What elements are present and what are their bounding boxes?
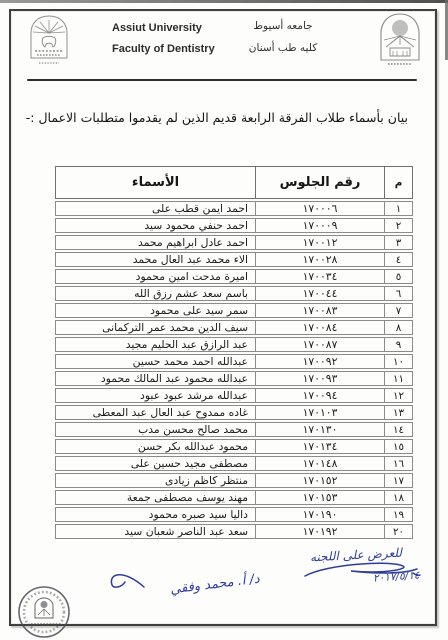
row-serial-number: ٩ bbox=[385, 338, 412, 351]
row-student-name: احمد حنفي محمود سيد bbox=[56, 219, 255, 232]
header-english-block: Assiut University Faculty of Dentistry bbox=[112, 18, 215, 60]
table-row: ٧ ١٧٠٠٨٣ سمر سيد على محمود bbox=[55, 303, 413, 318]
row-serial-number: ١ bbox=[385, 202, 412, 215]
row-serial-number: ٨ bbox=[385, 321, 412, 334]
scanned-document-page: { "document": { "header": { "university_… bbox=[0, 0, 448, 640]
row-serial-number: ١٤ bbox=[385, 423, 412, 436]
table-row: ٢٠ ١٧٠١٩٢ سعد عبد الناصر شعبان سيد bbox=[55, 524, 413, 539]
row-seat-number: ١٧٠٠٤٤ bbox=[255, 287, 385, 300]
row-seat-number: ١٧٠٠٠٦ bbox=[255, 202, 385, 215]
row-seat-number: ١٧٠٠٢٨ bbox=[255, 253, 385, 266]
header-seat-number: رقم الجلوس bbox=[255, 167, 385, 198]
row-student-name: باسم سعد عشم رزق الله bbox=[56, 287, 255, 300]
paper-background: Assiut University Faculty of Dentistry ج… bbox=[0, 0, 448, 640]
row-seat-number: ١٧٠٠٩٢ bbox=[255, 355, 385, 368]
row-seat-number: ١٧٠٠٩٣ bbox=[255, 372, 385, 385]
table-row: ١٦ ١٧٠١٤٨ مصطفى مجيد حسين على bbox=[55, 456, 413, 471]
row-seat-number: ١٧٠١٣٤ bbox=[255, 440, 385, 453]
table-row: ١٧ ١٧٠١٥٢ منتظر كاظم زيادى bbox=[55, 473, 413, 488]
row-seat-number: ١٧٠١٣٠ bbox=[255, 423, 385, 436]
row-student-name: سمر سيد على محمود bbox=[56, 304, 255, 317]
table-row: ١٨ ١٧٠١٥٣ مهند يوسف مصطفى جمعة bbox=[55, 490, 413, 505]
row-seat-number: ١٧٠١٩٢ bbox=[255, 525, 385, 538]
row-student-name: عبدالله محمود عبد المالك محمود bbox=[56, 372, 255, 385]
row-serial-number: ٢ bbox=[385, 219, 412, 232]
row-student-name: عبد الرازق عبد الحليم مجيد bbox=[56, 338, 255, 351]
row-student-name: منتظر كاظم زيادى bbox=[56, 474, 255, 487]
row-student-name: سيف الدين محمد عمر التركمانى bbox=[56, 321, 255, 334]
faculty-name-en: Faculty of Dentistry bbox=[112, 39, 215, 60]
row-serial-number: ٥ bbox=[385, 270, 412, 283]
students-table: م رقم الجلوس الأسماء ١ ١٧٠٠٠٦ احمد ايمن … bbox=[55, 166, 413, 539]
row-student-name: داليا سيد صبره محمود bbox=[56, 508, 255, 521]
row-student-name: مهند يوسف مصطفى جمعة bbox=[56, 491, 255, 504]
table-row: ١٥ ١٧٠١٣٤ محمود عبدالله بكر حسن bbox=[55, 439, 413, 454]
row-seat-number: ١٧٠١٥٣ bbox=[255, 491, 385, 504]
row-student-name: محمد صالح محسن مدب bbox=[56, 423, 255, 436]
row-seat-number: ١٧٠١٥٢ bbox=[255, 474, 385, 487]
row-student-name: مصطفى مجيد حسين على bbox=[56, 457, 255, 470]
faculty-name-ar: كليه طب أسنان bbox=[246, 38, 320, 60]
university-name-ar: جامعه أسيوط bbox=[246, 16, 320, 38]
table-row: ٥ ١٧٠٠٣٤ اميرة مدحت امين محمود bbox=[55, 269, 413, 284]
row-serial-number: ١٠ bbox=[385, 355, 412, 368]
table-row: ١٤ ١٧٠١٣٠ محمد صالح محسن مدب bbox=[55, 422, 413, 437]
table-row: ١٢ ١٧٠٠٩٤ عبدالله مرشد عبود عبود bbox=[55, 388, 413, 403]
row-serial-number: ٦ bbox=[385, 287, 412, 300]
table-row: ٦ ١٧٠٠٤٤ باسم سعد عشم رزق الله bbox=[55, 286, 413, 301]
row-student-name: الاء محمد عبد العال محمد bbox=[56, 253, 255, 266]
table-row: ١١ ١٧٠٠٩٣ عبدالله محمود عبد المالك محمود bbox=[55, 371, 413, 386]
row-serial-number: ٤ bbox=[385, 253, 412, 266]
row-student-name: محمود عبدالله بكر حسن bbox=[56, 440, 255, 453]
table-row: ٣ ١٧٠٠١٢ احمد عادل ابراهيم محمد bbox=[55, 235, 413, 250]
header-names: الأسماء bbox=[56, 167, 255, 198]
table-row: ٨ ١٧٠٠٨٤ سيف الدين محمد عمر التركمانى bbox=[55, 320, 413, 335]
round-official-stamp-icon bbox=[16, 585, 72, 639]
table-row: ١٩ ١٧٠١٩٠ داليا سيد صبره محمود bbox=[55, 507, 413, 522]
row-serial-number: ١٥ bbox=[385, 440, 412, 453]
signature-flourish bbox=[102, 567, 148, 591]
row-seat-number: ١٧٠٠٣٤ bbox=[255, 270, 385, 283]
table-row: ١ ١٧٠٠٠٦ احمد ايمن قطب على bbox=[55, 201, 413, 216]
header-divider-line bbox=[27, 79, 417, 81]
row-student-name: عبدالله احمد محمد حسين bbox=[56, 355, 255, 368]
table-row: ٢ ١٧٠٠٠٩ احمد حنفي محمود سيد bbox=[55, 218, 413, 233]
table-header-row: م رقم الجلوس الأسماء bbox=[55, 166, 413, 199]
document-title: بيان بأسماء طلاب الفرقة الرابعة قديم الذ… bbox=[40, 110, 408, 125]
faculty-of-dentistry-emblem-icon bbox=[26, 13, 72, 69]
row-seat-number: ١٧٠٠٠٩ bbox=[255, 219, 385, 232]
row-serial-number: ١٧ bbox=[385, 474, 412, 487]
table-row: ٩ ١٧٠٠٨٧ عبد الرازق عبد الحليم مجيد bbox=[55, 337, 413, 352]
row-serial-number: ١٦ bbox=[385, 457, 412, 470]
row-serial-number: ٣ bbox=[385, 236, 412, 249]
row-serial-number: ١٩ bbox=[385, 508, 412, 521]
row-seat-number: ١٧٠٠٨٧ bbox=[255, 338, 385, 351]
row-student-name: اميرة مدحت امين محمود bbox=[56, 270, 255, 283]
row-student-name: احمد عادل ابراهيم محمد bbox=[56, 236, 255, 249]
assiut-university-emblem-icon bbox=[376, 11, 424, 69]
table-row: ٤ ١٧٠٠٢٨ الاء محمد عبد العال محمد bbox=[55, 252, 413, 267]
header-arabic-block: جامعه أسيوط كليه طب أسنان bbox=[246, 16, 320, 59]
row-student-name: احمد ايمن قطب على bbox=[56, 202, 255, 215]
row-seat-number: ١٧٠١٩٠ bbox=[255, 508, 385, 521]
scan-edge-artifact-top bbox=[0, 0, 448, 3]
row-seat-number: ١٧٠٠٩٤ bbox=[255, 389, 385, 402]
university-name-en: Assiut University bbox=[112, 18, 215, 39]
table-body: ١ ١٧٠٠٠٦ احمد ايمن قطب على ٢ ١٧٠٠٠٩ احمد… bbox=[55, 201, 413, 539]
row-serial-number: ١٨ bbox=[385, 491, 412, 504]
row-seat-number: ١٧٠١٠٣ bbox=[255, 406, 385, 419]
row-serial-number: ٧ bbox=[385, 304, 412, 317]
row-seat-number: ١٧٠٠١٢ bbox=[255, 236, 385, 249]
row-serial-number: ٢٠ bbox=[385, 525, 412, 538]
header-serial: م bbox=[385, 167, 412, 198]
row-student-name: غاده ممدوح عبد العال عبد المعطى bbox=[56, 406, 255, 419]
row-student-name: سعد عبد الناصر شعبان سيد bbox=[56, 525, 255, 538]
row-serial-number: ١٣ bbox=[385, 406, 412, 419]
row-seat-number: ١٧٠٠٨٤ bbox=[255, 321, 385, 334]
row-serial-number: ١٢ bbox=[385, 389, 412, 402]
row-student-name: عبدالله مرشد عبود عبود bbox=[56, 389, 255, 402]
table-row: ١٣ ١٧٠١٠٣ غاده ممدوح عبد العال عبد المعط… bbox=[55, 405, 413, 420]
row-serial-number: ١١ bbox=[385, 372, 412, 385]
table-row: ١٠ ١٧٠٠٩٢ عبدالله احمد محمد حسين bbox=[55, 354, 413, 369]
row-seat-number: ١٧٠١٤٨ bbox=[255, 457, 385, 470]
row-seat-number: ١٧٠٠٨٣ bbox=[255, 304, 385, 317]
